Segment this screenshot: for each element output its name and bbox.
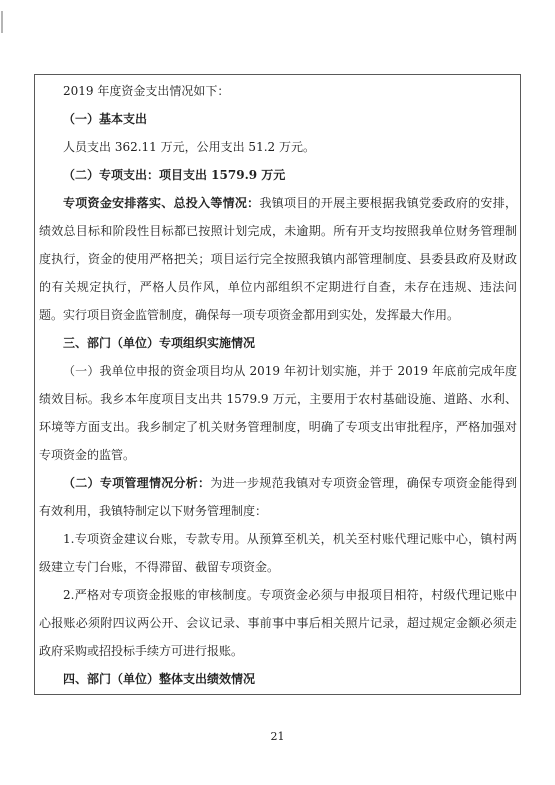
finance-rule-1: 1.专项资金建议台账，专款专用。从预算至机关，机关至村账代理记账中心，镇村两级建… <box>39 525 517 581</box>
section-4-heading-lead: 四、部门（单位）整体支出绩效情况 <box>63 672 255 686</box>
basic-expenditure-detail-text: 人员支出 362.11 万元，公用支出 51.2 万元。 <box>63 140 315 154</box>
finance-rule-2: 2.严格对专项资金报账的审核制度。专项资金必须与申报项目相符，村级代理记账中心报… <box>39 581 517 665</box>
special-funds-implementation-lead: 专项资金安排落实、总投入等情况： <box>63 196 259 210</box>
page-number: 21 <box>0 730 555 743</box>
funds-expenditure-intro: 2019 年度资金支出情况如下： <box>39 77 517 105</box>
basic-expenditure-heading-lead: （一）基本支出 <box>63 112 147 126</box>
section-4-intro: 2019 年，我乡通过加强预算收支的管理，不断建立健全内部管理制度，理顺内部管理… <box>39 693 517 695</box>
special-funds-implementation-text: 我镇项目的开展主要根据我镇党委政府的安排，绩效总目标和阶段性目标都已按照计划完成… <box>39 196 517 322</box>
funds-expenditure-intro-text: 2019 年度资金支出情况如下： <box>63 84 229 98</box>
section-3-item-1-text: （一）我单位申报的资金项目均从 2019 年初计划实施，并于 2019 年底前完… <box>39 364 517 462</box>
special-expenditure-heading-lead: （二）专项支出：项目支出 1579.9 万元 <box>63 168 285 182</box>
special-funds-implementation: 专项资金安排落实、总投入等情况：我镇项目的开展主要根据我镇党委政府的安排，绩效总… <box>39 189 517 329</box>
finance-rule-1-text: 1.专项资金建议台账，专款专用。从预算至机关，机关至村账代理记账中心，镇村两级建… <box>39 532 517 574</box>
section-3-item-2: （二）专项管理情况分析：为进一步规范我镇对专项资金管理，确保专项资金能得到有效利… <box>39 469 517 525</box>
section-3-item-2-lead: （二）专项管理情况分析： <box>63 476 210 490</box>
page-edge-mark <box>1 11 3 33</box>
basic-expenditure-heading: （一）基本支出 <box>39 105 517 133</box>
finance-rule-2-text: 2.严格对专项资金报账的审核制度。专项资金必须与申报项目相符，村级代理记账中心报… <box>39 588 517 658</box>
section-3-item-1: （一）我单位申报的资金项目均从 2019 年初计划实施，并于 2019 年底前完… <box>39 357 517 469</box>
section-3-heading: 三、部门（单位）专项组织实施情况 <box>39 329 517 357</box>
document-body: 2019 年度资金支出情况如下：（一）基本支出人员支出 362.11 万元，公用… <box>39 77 517 695</box>
section-3-heading-lead: 三、部门（单位）专项组织实施情况 <box>63 336 255 350</box>
document-content-cell: 2019 年度资金支出情况如下：（一）基本支出人员支出 362.11 万元，公用… <box>34 74 521 695</box>
section-4-heading: 四、部门（单位）整体支出绩效情况 <box>39 665 517 693</box>
special-expenditure-heading: （二）专项支出：项目支出 1579.9 万元 <box>39 161 517 189</box>
basic-expenditure-detail: 人员支出 362.11 万元，公用支出 51.2 万元。 <box>39 133 517 161</box>
